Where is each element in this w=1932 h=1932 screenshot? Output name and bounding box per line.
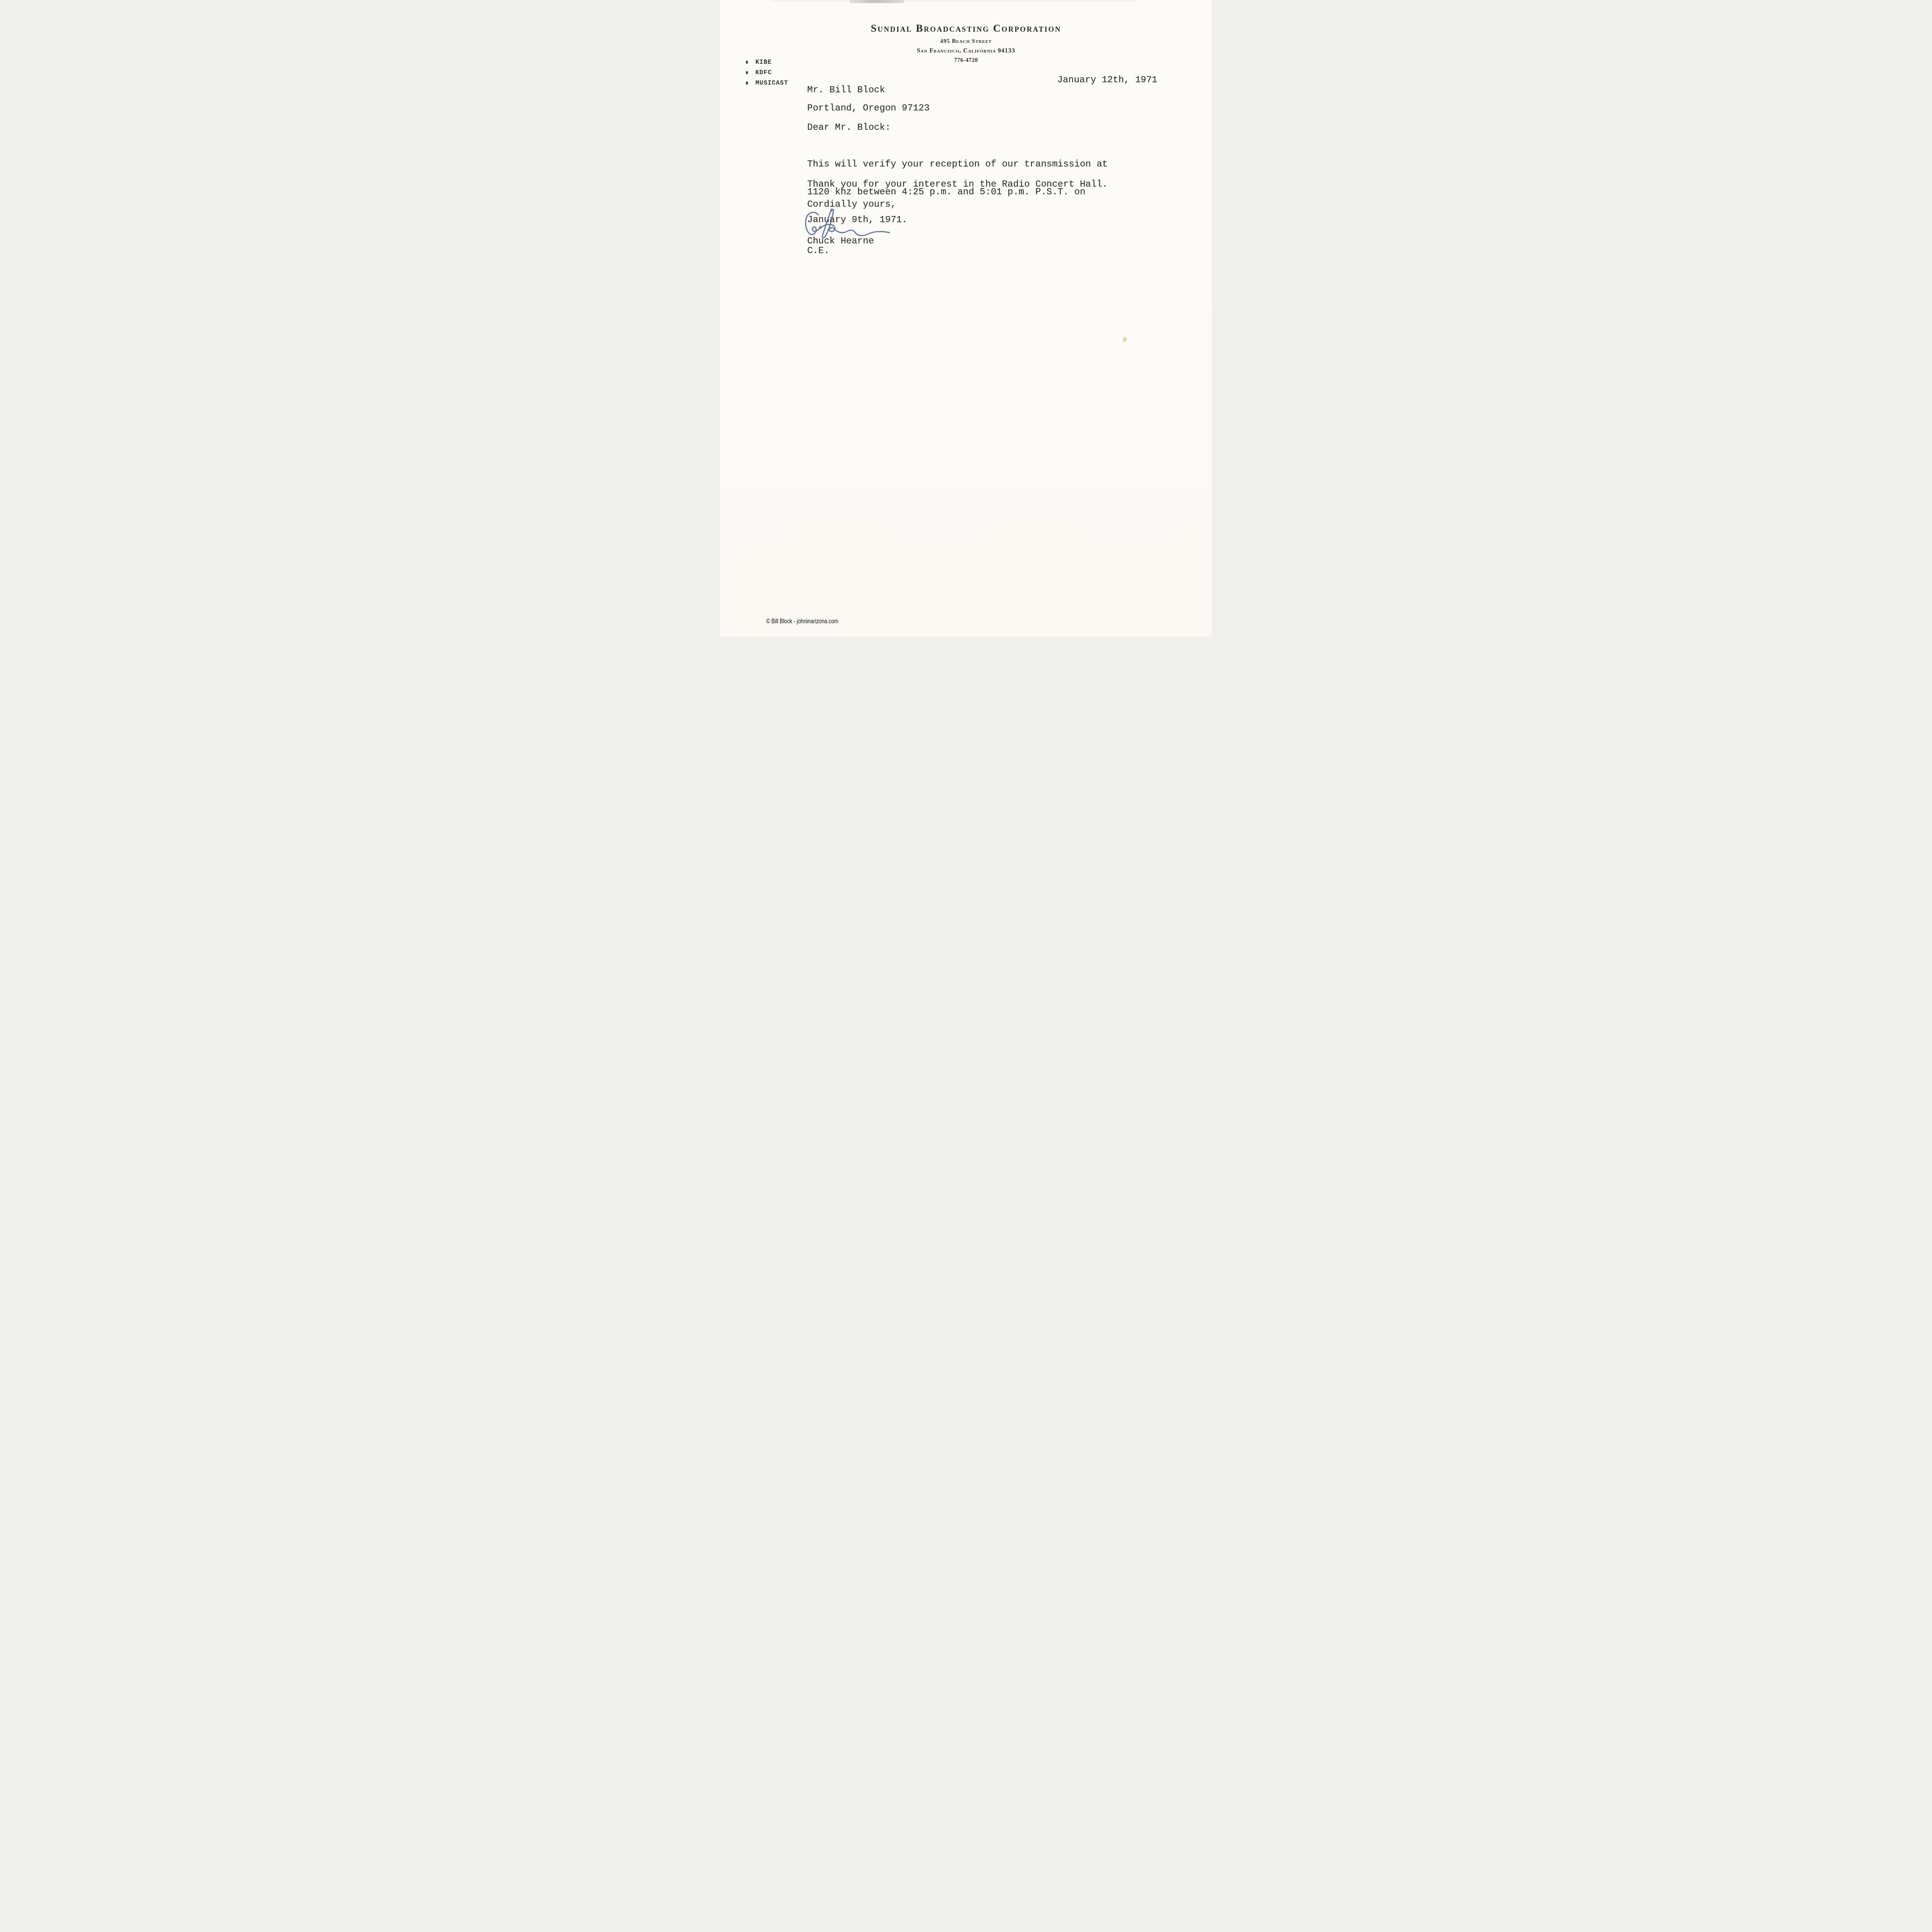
bullet-icon	[746, 61, 748, 64]
bullet-icon	[746, 82, 748, 85]
station-musicast: MUSICAST	[755, 80, 788, 90]
scanner-artifact-band	[770, 0, 1138, 2]
letterhead-phone: 776-4720	[720, 57, 1212, 64]
salutation: Dear Mr. Block:	[807, 123, 891, 133]
station-kdfc: KDFC	[755, 69, 788, 80]
recipient-city: Portland, Oregon 97123	[807, 104, 930, 113]
scanned-letter-page: Sundial Broadcasting Corporation 495 Bea…	[720, 0, 1212, 637]
station-kibe: KIBE	[755, 59, 788, 69]
footer-credit: © Bill Block - johninarizona.com	[766, 617, 838, 625]
station-label: KIBE	[755, 59, 772, 66]
bullet-icon	[746, 71, 748, 74]
station-label: KDFC	[755, 69, 772, 76]
station-list: KIBE KDFC MUSICAST	[755, 59, 788, 90]
company-name: Sundial Broadcasting Corporation	[720, 22, 1212, 34]
signer-name: Chuck Hearne	[807, 237, 874, 246]
letterhead-street: 495 Beach Street	[720, 38, 1212, 45]
letterhead-city: San Francisco, California 94133	[720, 48, 1212, 54]
recipient-name: Mr. Bill Block	[807, 86, 885, 95]
scanner-artifact-smudge	[850, 0, 904, 3]
signer-title: C.E.	[807, 247, 830, 256]
letter-date: January 12th, 1971	[1057, 76, 1157, 85]
paper-stain	[1123, 337, 1127, 342]
body-paragraph-2: Thank you for your interest in the Radio…	[807, 180, 1108, 189]
body-line: This will verify your reception of our t…	[807, 160, 1108, 169]
station-label: MUSICAST	[755, 80, 788, 87]
